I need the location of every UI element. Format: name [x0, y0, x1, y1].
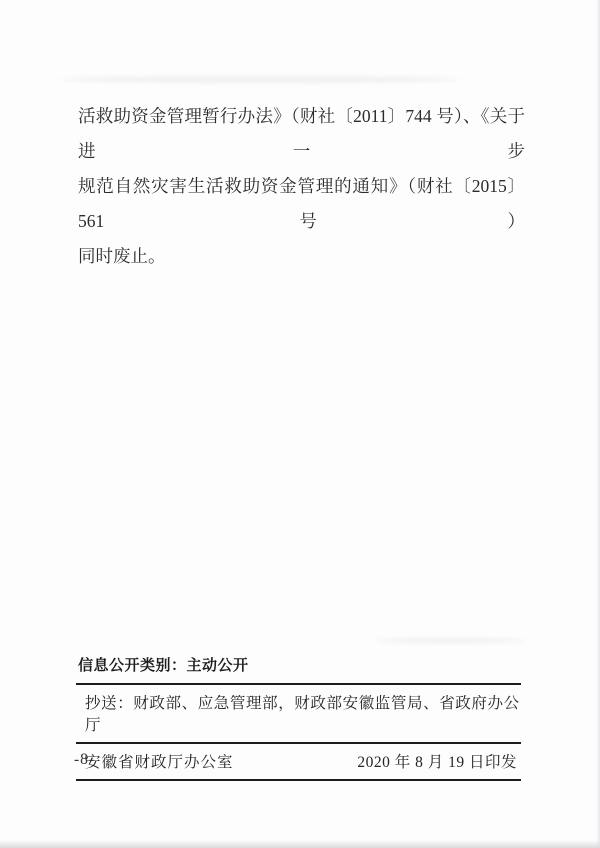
scan-artifact: [60, 76, 460, 83]
body-line-3: 同时废止。: [78, 239, 525, 274]
body-line-2: 规范自然灾害生活救助资金管理的通知》（财社〔2015〕561 号）: [78, 169, 525, 239]
issuer-row: 安徽省财政厅办公室 2020 年 8 月 19 日印发: [76, 744, 521, 781]
page-number: -8-: [74, 751, 95, 769]
page-edge-shadow: [0, 840, 600, 848]
footer-block: 信息公开类别：主动公开 抄送：财政部、应急管理部，财政部安徽监管局、省政府办公厅…: [76, 652, 521, 781]
cc-row: 抄送：财政部、应急管理部，财政部安徽监管局、省政府办公厅: [76, 685, 521, 744]
page-edge-shadow: [596, 0, 600, 848]
info-class-label: 信息公开类别：主动公开: [78, 657, 249, 674]
cc-line: 抄送：财政部、应急管理部，财政部安徽监管局、省政府办公厅: [85, 695, 520, 734]
print-date: 2020 年 8 月 19 日印发: [357, 750, 521, 772]
info-class-row: 信息公开类别：主动公开: [76, 652, 521, 685]
document-page: 活救助资金管理暂行办法》（财社〔2011〕744 号）、《关于进一步 规范自然灾…: [0, 0, 600, 848]
body-paragraph: 活救助资金管理暂行办法》（财社〔2011〕744 号）、《关于进一步 规范自然灾…: [78, 99, 525, 274]
issuer-office: 安徽省财政厅办公室: [85, 750, 234, 772]
scan-artifact: [375, 638, 525, 643]
body-line-1: 活救助资金管理暂行办法》（财社〔2011〕744 号）、《关于进一步: [78, 99, 525, 169]
